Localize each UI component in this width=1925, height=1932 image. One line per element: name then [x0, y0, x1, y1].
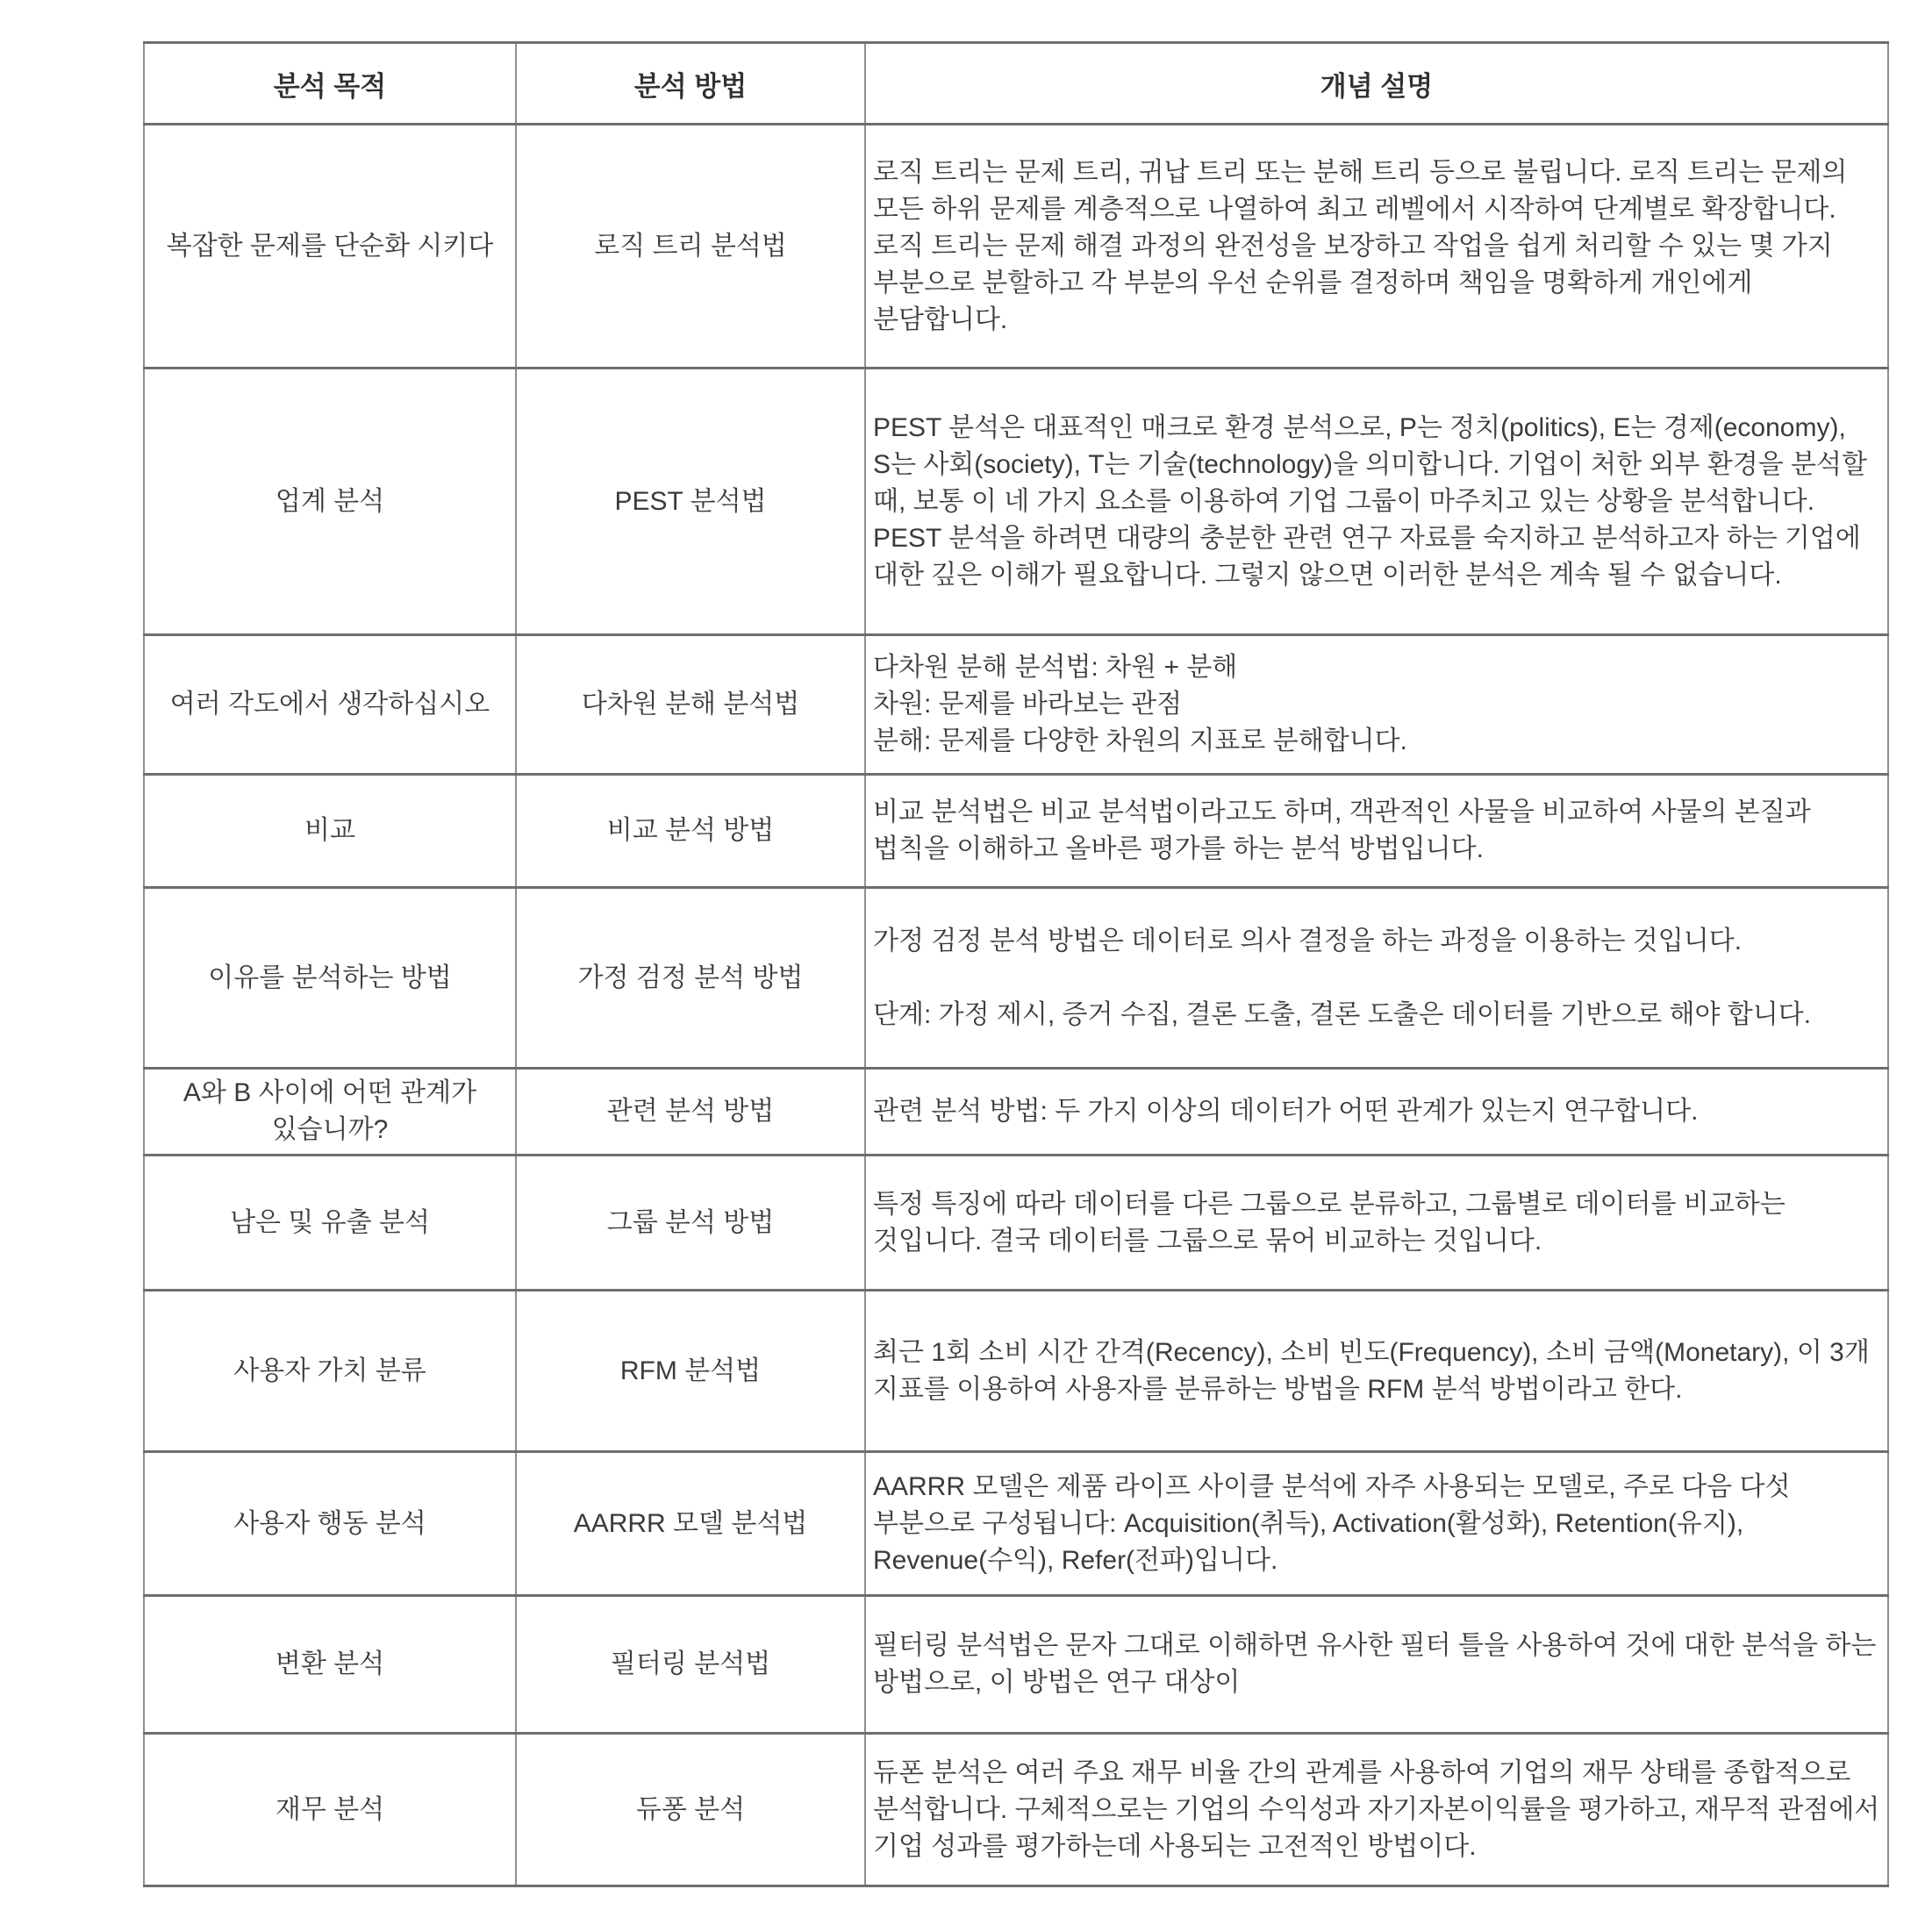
cell-analysis-purpose: 남은 및 유출 분석	[144, 1156, 516, 1291]
cell-concept-description: 다차원 분해 분석법: 차원 + 분해 차원: 문제를 바라보는 관점 분해: …	[865, 635, 1888, 775]
cell-concept-description: 로직 트리는 문제 트리, 귀납 트리 또는 분해 트리 등으로 불립니다. 로…	[865, 125, 1888, 369]
cell-analysis-method: 로직 트리 분석법	[516, 125, 865, 369]
cell-concept-description: 비교 분석법은 비교 분석법이라고도 하며, 객관적인 사물을 비교하여 사물의…	[865, 775, 1888, 888]
cell-analysis-method: RFM 분석법	[516, 1291, 865, 1452]
table-header-row: 분석 목적 분석 방법 개념 설명	[144, 43, 1888, 125]
cell-concept-description: AARRR 모델은 제품 라이프 사이클 분석에 자주 사용되는 모델로, 주로…	[865, 1452, 1888, 1596]
cell-analysis-purpose: 여러 각도에서 생각하십시오	[144, 635, 516, 775]
column-header-concept-description: 개념 설명	[865, 43, 1888, 125]
cell-analysis-method: 관련 분석 방법	[516, 1069, 865, 1156]
cell-analysis-method: AARRR 모델 분석법	[516, 1452, 865, 1596]
cell-concept-description: 필터링 분석법은 문자 그대로 이해하면 유사한 필터 틀을 사용하여 것에 대…	[865, 1596, 1888, 1734]
cell-analysis-method: 비교 분석 방법	[516, 775, 865, 888]
cell-analysis-purpose: 재무 분석	[144, 1734, 516, 1886]
cell-concept-description: PEST 분석은 대표적인 매크로 환경 분석으로, P는 정치(politic…	[865, 369, 1888, 635]
table-row: 이유를 분석하는 방법가정 검정 분석 방법가정 검정 분석 방법은 데이터로 …	[144, 888, 1888, 1069]
table-row: 재무 분석듀퐁 분석듀폰 분석은 여러 주요 재무 비율 간의 관계를 사용하여…	[144, 1734, 1888, 1886]
cell-analysis-method: 다차원 분해 분석법	[516, 635, 865, 775]
cell-analysis-method: 그룹 분석 방법	[516, 1156, 865, 1291]
cell-analysis-purpose: 업계 분석	[144, 369, 516, 635]
cell-analysis-method: PEST 분석법	[516, 369, 865, 635]
cell-analysis-purpose: 변환 분석	[144, 1596, 516, 1734]
cell-analysis-purpose: 비교	[144, 775, 516, 888]
page: 분석 목적 분석 방법 개념 설명 복잡한 문제를 단순화 시키다로직 트리 분…	[0, 0, 1925, 1932]
cell-analysis-purpose: A와 B 사이에 어떤 관계가 있습니까?	[144, 1069, 516, 1156]
table-row: 복잡한 문제를 단순화 시키다로직 트리 분석법로직 트리는 문제 트리, 귀납…	[144, 125, 1888, 369]
cell-concept-description: 특정 특징에 따라 데이터를 다른 그룹으로 분류하고, 그룹별로 데이터를 비…	[865, 1156, 1888, 1291]
table-row: 비교비교 분석 방법비교 분석법은 비교 분석법이라고도 하며, 객관적인 사물…	[144, 775, 1888, 888]
cell-analysis-method: 가정 검정 분석 방법	[516, 888, 865, 1069]
cell-concept-description: 관련 분석 방법: 두 가지 이상의 데이터가 어떤 관계가 있는지 연구합니다…	[865, 1069, 1888, 1156]
column-header-analysis-method: 분석 방법	[516, 43, 865, 125]
cell-concept-description: 가정 검정 분석 방법은 데이터로 의사 결정을 하는 과정을 이용하는 것입니…	[865, 888, 1888, 1069]
column-header-analysis-purpose: 분석 목적	[144, 43, 516, 125]
cell-concept-description: 듀폰 분석은 여러 주요 재무 비율 간의 관계를 사용하여 기업의 재무 상태…	[865, 1734, 1888, 1886]
cell-analysis-purpose: 복잡한 문제를 단순화 시키다	[144, 125, 516, 369]
table-row: 사용자 행동 분석AARRR 모델 분석법AARRR 모델은 제품 라이프 사이…	[144, 1452, 1888, 1596]
table-row: 남은 및 유출 분석그룹 분석 방법특정 특징에 따라 데이터를 다른 그룹으로…	[144, 1156, 1888, 1291]
cell-analysis-method: 듀퐁 분석	[516, 1734, 865, 1886]
cell-analysis-purpose: 이유를 분석하는 방법	[144, 888, 516, 1069]
cell-analysis-method: 필터링 분석법	[516, 1596, 865, 1734]
cell-analysis-purpose: 사용자 행동 분석	[144, 1452, 516, 1596]
table-body: 복잡한 문제를 단순화 시키다로직 트리 분석법로직 트리는 문제 트리, 귀납…	[144, 125, 1888, 1886]
table-row: 여러 각도에서 생각하십시오다차원 분해 분석법다차원 분해 분석법: 차원 +…	[144, 635, 1888, 775]
table-row: 업계 분석PEST 분석법PEST 분석은 대표적인 매크로 환경 분석으로, …	[144, 369, 1888, 635]
table-row: 사용자 가치 분류RFM 분석법최근 1회 소비 시간 간격(Recency),…	[144, 1291, 1888, 1452]
cell-analysis-purpose: 사용자 가치 분류	[144, 1291, 516, 1452]
analysis-methods-table: 분석 목적 분석 방법 개념 설명 복잡한 문제를 단순화 시키다로직 트리 분…	[143, 41, 1889, 1887]
table-row: 변환 분석필터링 분석법필터링 분석법은 문자 그대로 이해하면 유사한 필터 …	[144, 1596, 1888, 1734]
table-row: A와 B 사이에 어떤 관계가 있습니까?관련 분석 방법관련 분석 방법: 두…	[144, 1069, 1888, 1156]
cell-concept-description: 최근 1회 소비 시간 간격(Recency), 소비 빈도(Frequency…	[865, 1291, 1888, 1452]
